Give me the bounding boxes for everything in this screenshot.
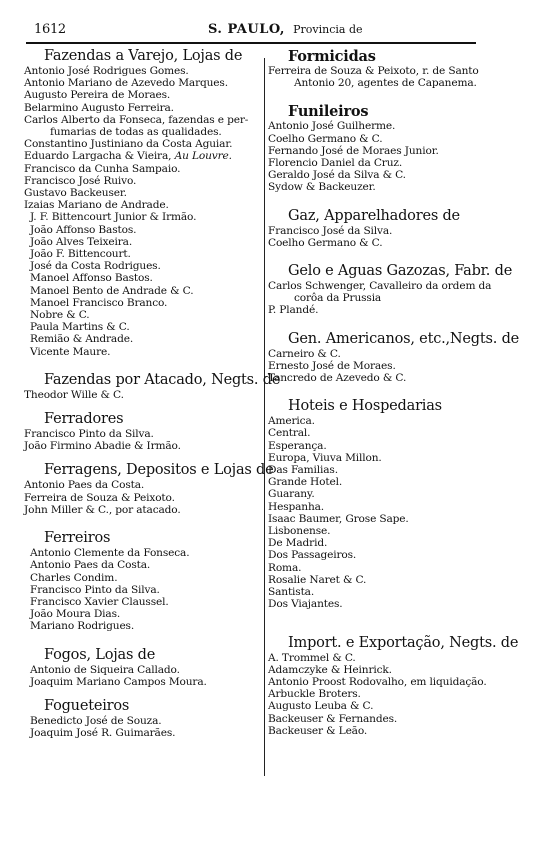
list-item: Izaias Mariano de Andrade. <box>24 199 262 211</box>
section-formicidas: Formicidas Ferreira de Souza & Peixoto, … <box>268 48 518 89</box>
list-item-text: Eduardo Largacha & Vieira, <box>24 150 171 162</box>
section-heading: Fazendas a Varejo, Lojas de <box>24 48 262 65</box>
list-item: Grande Hotel. <box>268 476 518 488</box>
list-item: João Moura Dias. <box>24 608 262 620</box>
list-item: A. Trommel & C. <box>268 652 518 664</box>
list-item: Tancredo de Azevedo & C. <box>268 372 518 384</box>
list-item: John Miller & C., por atacado. <box>24 504 262 516</box>
running-title-province: Provincia de <box>293 23 362 36</box>
list-item: P. Plandé. <box>268 304 518 316</box>
section-heading: Hoteis e Hospedarias <box>268 398 518 415</box>
section-heading: Ferreiros <box>24 530 262 547</box>
list-item: João Alves Teixeira. <box>24 236 262 248</box>
list-item: Francisco Pinto da Silva. <box>24 584 262 596</box>
list-item: Roma. <box>268 562 518 574</box>
section-fazendas-atacado: Fazendas por Atacado, Negts. de Theodor … <box>24 372 262 401</box>
section-fogos: Fogos, Lojas de Antonio de Siqueira Call… <box>24 647 262 688</box>
list-item: Arbuckle Broters. <box>268 688 518 700</box>
list-item: Charles Condim. <box>24 572 262 584</box>
list-item: Europa, Viuva Millon. <box>268 452 518 464</box>
section-heading: Ferradores <box>24 411 262 428</box>
section-heading: Gaz, Apparelhadores de <box>268 208 518 225</box>
section-heading: Ferragens, Depositos e Lojas de <box>24 462 262 479</box>
section-gaz: Gaz, Apparelhadores de Francisco José da… <box>268 208 518 249</box>
list-item: Carlos Schwenger, Cavalleiro da ordem da <box>268 280 518 292</box>
list-item: Benedicto José de Souza. <box>24 715 262 727</box>
section-fogueteiros: Fogueteiros Benedicto José de Souza. Joa… <box>24 698 262 739</box>
running-title: S. PAULO, Provincia de <box>208 22 363 37</box>
list-item: Ferreira de Souza & Peixoto. <box>24 492 262 504</box>
list-item: Hespanha. <box>268 501 518 513</box>
list-item: Coelho Germano & C. <box>268 133 518 145</box>
list-item: Adamczyke & Heinrick. <box>268 664 518 676</box>
section-heading: Fogos, Lojas de <box>24 647 262 664</box>
list-item-italic-note: Au Louvre. <box>175 150 232 162</box>
section-heading: Gen. Americanos, etc.,Negts. de <box>268 331 518 348</box>
page-number: 1612 <box>34 22 66 37</box>
header-rule <box>26 42 476 44</box>
list-item: Antonio Proost Rodovalho, em liquidação. <box>268 676 518 688</box>
list-item: Francisco José da Silva. <box>268 225 518 237</box>
list-item: Theodor Wille & C. <box>24 389 262 401</box>
section-fazendas-varejo: Fazendas a Varejo, Lojas de Antonio José… <box>24 48 262 358</box>
list-item: João Firmino Abadie & Irmão. <box>24 440 262 452</box>
list-item-continuation: Antonio 20, agentes de Capanema. <box>268 77 518 89</box>
list-item: João F. Bittencourt. <box>24 248 262 260</box>
section-ferragens: Ferragens, Depositos e Lojas de Antonio … <box>24 462 262 516</box>
section-heading: Import. e Exportação, Negts. de <box>268 635 518 652</box>
page-header: 1612 S. PAULO, Provincia de <box>28 22 478 42</box>
list-item: Antonio Paes da Costa. <box>24 479 262 491</box>
running-title-city: S. PAULO, <box>208 22 285 37</box>
list-item: Eduardo Largacha & Vieira, Au Louvre. <box>24 150 262 162</box>
list-item: Manoel Bento de Andrade & C. <box>24 285 262 297</box>
list-item: Central. <box>268 427 518 439</box>
list-item: Fernando José de Moraes Junior. <box>268 145 518 157</box>
list-item: Ferreira de Souza & Peixoto, r. de Santo <box>268 65 518 77</box>
list-item: Antonio Paes da Costa. <box>24 559 262 571</box>
list-item-continuation: corôa da Prussia <box>268 292 518 304</box>
list-item: Lisbonense. <box>268 525 518 537</box>
list-item: Joaquim Mariano Campos Moura. <box>24 676 262 688</box>
section-funileiros: Funileiros Antonio José Guilherme. Coelh… <box>268 103 518 193</box>
list-item: José da Costa Rodrigues. <box>24 260 262 272</box>
list-item: Dos Viajantes. <box>268 598 518 610</box>
list-item: Backeuser & Leão. <box>268 725 518 737</box>
list-item: Coelho Germano & C. <box>268 237 518 249</box>
list-item: Nobre & C. <box>24 309 262 321</box>
list-item: Rosalie Naret & C. <box>268 574 518 586</box>
list-item: Sydow & Backeuzer. <box>268 181 518 193</box>
list-item: Esperança. <box>268 440 518 452</box>
list-item: Guarany. <box>268 488 518 500</box>
section-gelo: Gelo e Aguas Gazozas, Fabr. de Carlos Sc… <box>268 263 518 317</box>
list-item: Joaquim José R. Guimarães. <box>24 727 262 739</box>
list-item: Paula Martins & C. <box>24 321 262 333</box>
left-column: Fazendas a Varejo, Lojas de Antonio José… <box>24 48 262 739</box>
section-ferreiros: Ferreiros Antonio Clemente da Fonseca. A… <box>24 530 262 632</box>
list-item: Dos Passageiros. <box>268 549 518 561</box>
section-import-exportacao: Import. e Exportação, Negts. de A. Tromm… <box>268 635 518 737</box>
list-item: Augusto Pereira de Moraes. <box>24 89 262 101</box>
list-item: Remião & Andrade. <box>24 333 262 345</box>
list-item: Das Familias. <box>268 464 518 476</box>
list-item: Ernesto José de Moraes. <box>268 360 518 372</box>
list-item: Antonio José Rodrigues Gomes. <box>24 65 262 77</box>
list-item: Francisco Pinto da Silva. <box>24 428 262 440</box>
section-gen-americanos: Gen. Americanos, etc.,Negts. de Carneiro… <box>268 331 518 385</box>
list-item: Augusto Leuba & C. <box>268 700 518 712</box>
list-item: De Madrid. <box>268 537 518 549</box>
list-item: Florencio Daniel da Cruz. <box>268 157 518 169</box>
section-heading: Formicidas <box>268 48 518 65</box>
list-item: Carneiro & C. <box>268 348 518 360</box>
section-heading: Fogueteiros <box>24 698 262 715</box>
list-item: Belarmino Augusto Ferreira. <box>24 102 262 114</box>
list-item: Gustavo Backeuser. <box>24 187 262 199</box>
list-item: Antonio Mariano de Azevedo Marques. <box>24 77 262 89</box>
right-column: Formicidas Ferreira de Souza & Peixoto, … <box>268 48 518 737</box>
list-item: Vicente Maure. <box>24 346 262 358</box>
list-item: Backeuser & Fernandes. <box>268 713 518 725</box>
list-item: Carlos Alberto da Fonseca, fazendas e pe… <box>24 114 262 126</box>
list-item: Francisco José Ruivo. <box>24 175 262 187</box>
list-item: Isaac Baumer, Grose Sape. <box>268 513 518 525</box>
section-hoteis: Hoteis e Hospedarias America. Central. E… <box>268 398 518 610</box>
section-ferradores: Ferradores Francisco Pinto da Silva. Joã… <box>24 411 262 452</box>
list-item: Constantino Justiniano da Costa Aguiar. <box>24 138 262 150</box>
list-item: Francisco da Cunha Sampaio. <box>24 163 262 175</box>
list-item: Antonio de Siqueira Callado. <box>24 664 262 676</box>
list-item: João Affonso Bastos. <box>24 224 262 236</box>
list-item: Francisco Xavier Claussel. <box>24 596 262 608</box>
list-item: Manoel Francisco Branco. <box>24 297 262 309</box>
section-heading: Gelo e Aguas Gazozas, Fabr. de <box>268 263 518 280</box>
list-item: Santista. <box>268 586 518 598</box>
section-heading: Fazendas por Atacado, Negts. de <box>24 372 262 389</box>
list-item-continuation: fumarias de todas as qualidades. <box>24 126 262 138</box>
column-divider <box>264 58 265 776</box>
list-item: Antonio José Guilherme. <box>268 120 518 132</box>
list-item: Geraldo José da Silva & C. <box>268 169 518 181</box>
section-heading: Funileiros <box>268 103 518 120</box>
list-item: Manoel Affonso Bastos. <box>24 272 262 284</box>
list-item: Mariano Rodrigues. <box>24 620 262 632</box>
list-item: J. F. Bittencourt Junior & Irmão. <box>24 211 262 223</box>
list-item: Antonio Clemente da Fonseca. <box>24 547 262 559</box>
list-item: America. <box>268 415 518 427</box>
